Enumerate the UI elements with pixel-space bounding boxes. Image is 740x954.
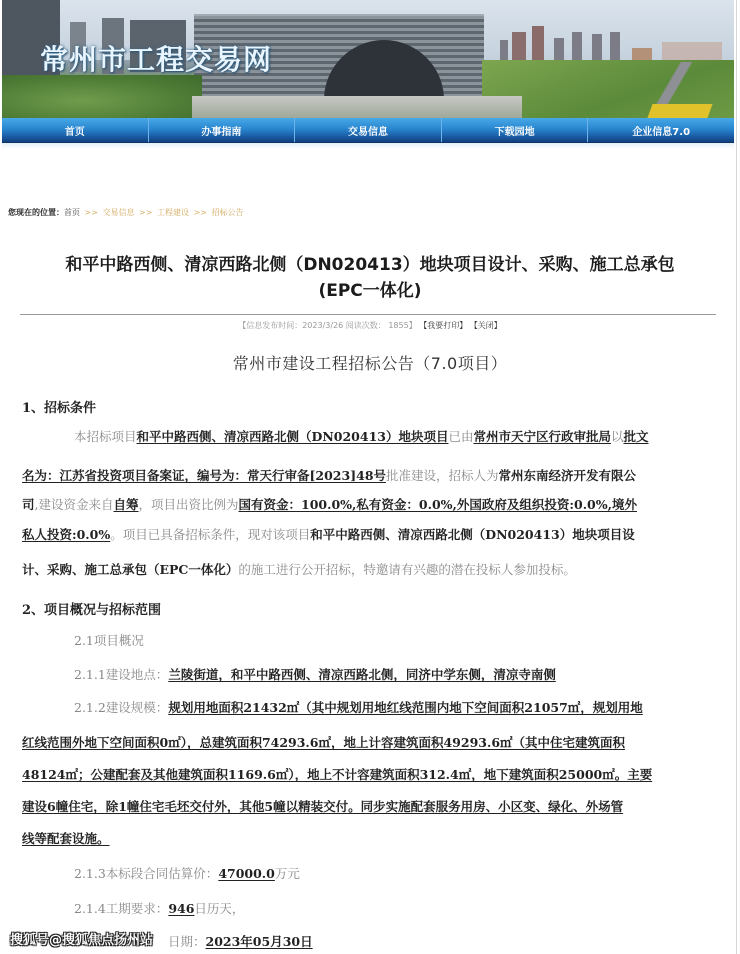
banner-plaza	[192, 96, 522, 118]
paragraph-line: 48124㎡；公建配套及其他建筑面积1169.6㎡），地上不计容建筑面积312.…	[22, 767, 652, 783]
page-border	[736, 0, 737, 954]
project-name: 计、采购、施工总承包（EPC一体化）	[22, 562, 238, 577]
field-value: 红线范围外地下空间面积0㎡），总建筑面积74293.6㎡，地上计容建筑面积492…	[22, 735, 625, 750]
estimate-value: 47000.0	[218, 866, 275, 881]
field-unit: 日历天，	[194, 901, 244, 916]
title-divider	[20, 314, 716, 315]
title-line-2: (EPC一体化)	[20, 278, 720, 304]
section-heading-1: 1、招标条件	[22, 397, 96, 416]
notice-subtitle: 常州市建设工程招标公告（7.0项目）	[0, 351, 740, 374]
tenderer-name: 常州东南经济开发有限公	[499, 468, 637, 483]
text-segment: 已由	[448, 429, 473, 444]
text-segment: ,建设资金来自	[35, 497, 114, 512]
main-nav: 首页 办事指南 交易信息 下载园地 企业信息7.0	[2, 118, 734, 143]
section-heading-2: 2、项目概况与招标范围	[22, 599, 161, 618]
text-segment: 批准建设，招标人为	[386, 468, 499, 483]
paragraph-line: 线等配套设施。	[22, 831, 110, 847]
approval-doc: 批文	[624, 429, 649, 444]
publish-date: 2023/3/26	[302, 321, 343, 330]
breadcrumb: 您现在的位置：首页 >> 交易信息 >> 工程建设 >> 招标公告	[8, 207, 244, 218]
field-label: 日期：	[168, 934, 206, 949]
start-date: 日期：2023年05月30日	[168, 934, 313, 950]
view-count: 1855	[388, 321, 408, 330]
nav-home[interactable]: 首页	[2, 118, 149, 142]
banner-sign	[647, 104, 712, 118]
paragraph-line: 私人投资:0.0%。项目已具备招标条件，现对该项目和平中路西侧、清凉西路北侧（D…	[22, 527, 635, 543]
text-segment: 的施工进行公开招标，特邀请有兴趣的潜在投标人参加投标。	[238, 562, 576, 577]
field-label: 2.1.1建设地点：	[74, 667, 168, 682]
title-line-1: 和平中路西侧、清凉西路北侧（DN020413）地块项目设计、采购、施工总承包	[20, 252, 720, 278]
breadcrumb-home[interactable]: 首页	[64, 208, 80, 217]
funding-ratio: 私人投资:0.0%	[22, 527, 110, 542]
subsection-2-1: 2.1项目概况	[74, 633, 144, 649]
nav-enterprise-info[interactable]: 企业信息7.0	[588, 118, 734, 142]
field-value: 兰陵街道，和平中路西侧、清凉西路北侧，同济中学东侧，清凉寺南侧	[168, 667, 556, 682]
duration-value: 946	[168, 901, 194, 916]
approval-doc: 名为：江苏省投资项目备案证，编号为：常天行审备[2023]48号	[22, 468, 386, 483]
breadcrumb-trade-info[interactable]: 交易信息	[103, 208, 135, 217]
meta-bracket: 】	[409, 321, 417, 330]
breadcrumb-separator: >>	[194, 208, 207, 217]
field-label: 2.1.2建设规模：	[74, 700, 168, 715]
site-banner: 常州市工程交易网	[2, 0, 734, 118]
nav-shadow	[2, 143, 734, 149]
paragraph-line: 名为：江苏省投资项目备案证，编号为：常天行审备[2023]48号批准建设，招标人…	[22, 468, 636, 484]
watermark: 搜狐号@搜狐焦点扬州站	[10, 929, 153, 948]
close-link[interactable]: 【关闭】	[470, 321, 502, 330]
paragraph-line: 建设6幢住宅，除1幢住宅毛坯交付外，其他5幢以精装交付。同步实施配套服务用房、小…	[22, 799, 623, 815]
paragraph-line: 司,建设资金来自自筹，项目出资比例为国有资金：100.0%,私有资金：0.0%,…	[22, 497, 637, 513]
project-name: 和平中路西侧、清凉西路北侧（DN020413）地块项目	[137, 429, 449, 444]
paragraph-line: 红线范围外地下空间面积0㎡），总建筑面积74293.6㎡，地上计容建筑面积492…	[22, 735, 625, 751]
breadcrumb-construction[interactable]: 工程建设	[157, 208, 189, 217]
text-segment: 以	[611, 429, 624, 444]
field-value: 规划用地面积21432㎡（其中规划用地红线范围内地下空间面积21057㎡，规划用…	[168, 700, 642, 715]
tenderer-name: 司	[22, 497, 35, 512]
date-value: 2023年05月30日	[206, 934, 313, 949]
field-unit: 万元	[275, 866, 300, 881]
fund-source: 自筹	[114, 497, 139, 512]
publish-label: 【信息发布时间：	[238, 321, 302, 330]
nav-guide[interactable]: 办事指南	[149, 118, 296, 142]
text-segment: ，项目出资比例为	[139, 497, 239, 512]
field-value: 48124㎡；公建配套及其他建筑面积1169.6㎡），地上不计容建筑面积312.…	[22, 767, 652, 782]
breadcrumb-separator: >>	[85, 208, 98, 217]
paragraph-line: 计、采购、施工总承包（EPC一体化）的施工进行公开招标，特邀请有兴趣的潜在投标人…	[22, 562, 576, 578]
site-title[interactable]: 常州市工程交易网	[40, 38, 272, 78]
breadcrumb-tender-notice[interactable]: 招标公告	[212, 208, 244, 217]
views-label: 阅读次数：	[346, 321, 386, 330]
breadcrumb-separator: >>	[139, 208, 152, 217]
project-name: 和平中路西侧、清凉西路北侧（DN020413）地块项目设	[310, 527, 634, 542]
nav-trade-info[interactable]: 交易信息	[295, 118, 442, 142]
field-value: 建设6幢住宅，除1幢住宅毛坯交付外，其他5幢以精装交付。同步实施配套服务用房、小…	[22, 799, 623, 814]
paragraph-line: 本招标项目和平中路西侧、清凉西路北侧（DN020413）地块项目已由常州市天宁区…	[74, 429, 649, 445]
breadcrumb-label: 您现在的位置：	[8, 208, 64, 217]
nav-downloads[interactable]: 下载园地	[442, 118, 589, 142]
banner-trees	[2, 75, 202, 118]
field-label: 2.1.4工期要求：	[74, 901, 168, 916]
article-meta: 【信息发布时间：2023/3/26 阅读次数： 1855】 【我要打印】 【关闭…	[0, 320, 740, 331]
contract-estimate: 2.1.3本标段合同估算价：47000.0万元	[74, 866, 300, 882]
construction-site: 2.1.1建设地点：兰陵街道，和平中路西侧、清凉西路北侧，同济中学东侧，清凉寺南…	[74, 667, 556, 683]
text-segment: 本招标项目	[74, 429, 137, 444]
approval-authority: 常州市天宁区行政审批局	[473, 429, 611, 444]
text-segment: 。项目已具备招标条件，现对该项目	[110, 527, 310, 542]
funding-ratio: 国有资金：100.0%,私有资金：0.0%,外国政府及组织投资:0.0%,境外	[239, 497, 637, 512]
field-label: 2.1.3本标段合同估算价：	[74, 866, 218, 881]
page-title: 和平中路西侧、清凉西路北侧（DN020413）地块项目设计、采购、施工总承包 (…	[20, 252, 720, 304]
duration-requirement: 2.1.4工期要求：946日历天，	[74, 901, 244, 917]
print-link[interactable]: 【我要打印】	[419, 321, 467, 330]
field-value: 线等配套设施。	[22, 831, 110, 846]
banner-skyline	[492, 22, 734, 62]
construction-scale: 2.1.2建设规模：规划用地面积21432㎡（其中规划用地红线范围内地下空间面积…	[74, 700, 643, 716]
